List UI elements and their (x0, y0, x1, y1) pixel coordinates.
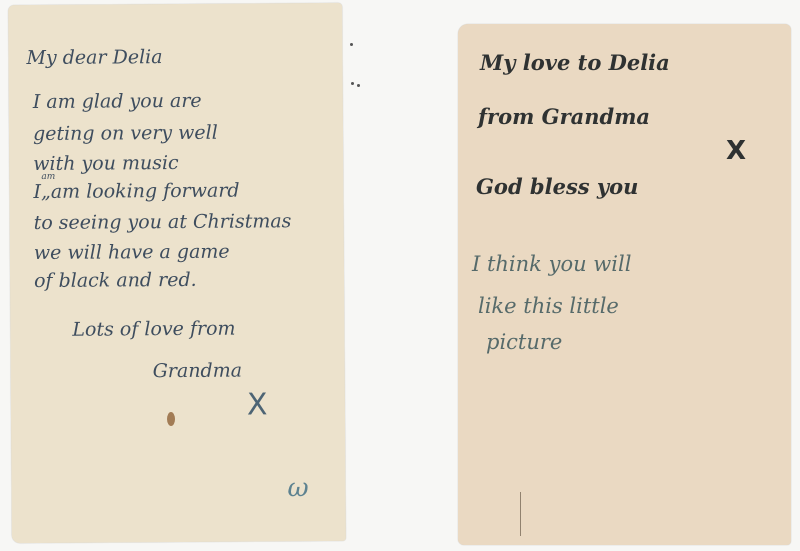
letter-line: of black and red. (34, 269, 197, 292)
dust-speck (350, 43, 353, 46)
crease-mark (520, 492, 521, 536)
greeting-line: My dear Delia (26, 46, 162, 69)
right-card: My love to Delia from Grandma X God bles… (458, 24, 791, 545)
closing-line: Lots of love from (72, 318, 235, 341)
kiss-mark: X (247, 387, 268, 422)
pencil-mark: ω (287, 473, 308, 503)
letter-line: I am glad you are (33, 90, 202, 113)
note-line: picture (486, 330, 562, 354)
blessing-line: God bless you (476, 174, 638, 199)
dust-speck (351, 82, 354, 85)
letter-line: to seeing you at Christmas (34, 210, 292, 234)
note-line: like this little (478, 294, 619, 318)
note-line: I think you will (472, 252, 631, 276)
letter-line: I„am looking forward (33, 180, 239, 203)
kiss-mark: X (726, 136, 746, 166)
message-line: from Grandma (478, 104, 650, 129)
message-line: My love to Delia (480, 50, 670, 75)
left-card: My dear Delia I am glad you are geting o… (8, 3, 346, 543)
signature: Grandma (153, 360, 242, 383)
letter-line: geting on very well (33, 122, 218, 145)
ink-stain (167, 412, 175, 426)
dust-speck (357, 84, 360, 87)
letter-line: we will have a game (34, 241, 230, 264)
